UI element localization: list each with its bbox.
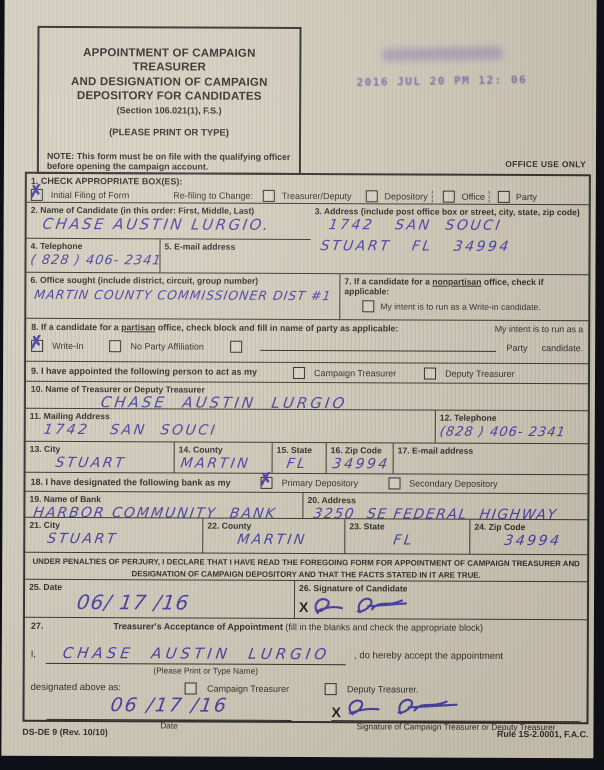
handwritten-office-sought: MARTIN COUNTY COMMISSIONER DIST #1 <box>33 289 332 303</box>
field-25-date: 25. Date 06/ 17 /16 <box>25 580 294 618</box>
office-use-only-label: OFFICE USE ONLY <box>505 159 586 169</box>
form-body: 1. CHECK APPROPRIATE BOX(ES): ✗ Initial … <box>22 172 590 724</box>
stamp-datetime: 2016 JUL 20 PM 12: 06 <box>356 73 527 89</box>
checkbox-initial-filing: ✗ <box>31 189 43 201</box>
field-1-check-boxes: 1. CHECK APPROPRIATE BOX(ES): ✗ Initial … <box>27 174 589 204</box>
field-11-mailing-address: 11. Mailing Address 1742 SAN SOUCI <box>26 409 435 443</box>
field-4-telephone: 4. Telephone ( 828 ) 406- 2341 <box>26 239 159 273</box>
field-13-city: 13. City STUART <box>26 442 174 473</box>
handwritten-county: MARTIN <box>180 457 252 471</box>
handwritten-bank-state: FL <box>392 534 415 548</box>
designated-label: designated above as: <box>31 682 121 693</box>
nonpartisan-writein-label: My intent is to run as a Write-in candid… <box>380 301 540 312</box>
party-word-label: Party <box>507 342 528 352</box>
accept-dt-label: Deputy Treasurer. <box>347 684 419 694</box>
fields-6-7: 6. Office sought (include district, circ… <box>26 272 588 320</box>
field-3-address: 3. Address (include post office box or s… <box>310 204 588 274</box>
field-10-treasurer-name: 10. Name of Treasurer or Deputy Treasure… <box>26 381 588 410</box>
statute-reference: (Section 106.021(1), F.S.) <box>47 104 291 115</box>
field-6-office-sought: 6. Office sought (include district, circ… <box>26 273 339 319</box>
signature-x-mark: X <box>299 599 308 615</box>
field-12-telephone: 12. Telephone (828 ) 406- 2341 <box>435 411 588 444</box>
filing-note: NOTE: This form must be on file with the… <box>47 150 291 173</box>
received-date-stamp: 2016 JUL 20 PM 12: 06 <box>356 46 527 89</box>
handwritten-state: FL <box>286 457 309 471</box>
fields-11-12: 11. Mailing Address 1742 SAN SOUCI 12. T… <box>26 408 588 443</box>
handwritten-acceptance-date: 06 /17 /16 <box>109 696 229 716</box>
form-footer: DS-DE 9 (Rev. 10/10) Rule 1S-2.0001, F.A… <box>22 727 588 739</box>
handwritten-telephone-2: (828 ) 406- 2341 <box>439 426 567 440</box>
field-17-email: 17. E-mail address <box>393 443 588 474</box>
acceptance-name-blank: CHASE AUSTIN LURGIO <box>46 645 346 665</box>
field-9-appointed: 9. I have appointed the following person… <box>26 361 588 383</box>
field-16-zip: 16. Zip Code 34994 <box>326 443 393 473</box>
npa-label: No Party Affiliation <box>130 341 203 351</box>
writein-label: Write-In <box>52 340 83 350</box>
handwritten-bank-city: STUART <box>46 532 119 546</box>
handwritten-bank-county: MARTIN <box>236 533 308 547</box>
fields-2-to-5: 2. Name of Candidate (in this order: Fir… <box>26 202 588 274</box>
field-8-partisan: 8. If a candidate for a partisan office,… <box>26 318 588 363</box>
handwritten-telephone: ( 828 ) 406- 2341 <box>30 254 163 268</box>
checkbox-refile-party <box>498 191 510 203</box>
field-2-candidate-name: 2. Name of Candidate (in this order: Fir… <box>27 203 311 240</box>
office-label: Office <box>462 192 485 202</box>
intent-run-as-label: My intent is to run as a <box>495 324 584 334</box>
print-or-type-note: (PLEASE PRINT OR TYPE) <box>47 126 291 138</box>
treasurer-deputy-label: Treasurer/Deputy <box>282 191 352 201</box>
photographed-document: APPOINTMENT OF CAMPAIGN TREASURER AND DE… <box>0 0 604 770</box>
treasurer-signature-x-mark: X <box>331 704 340 720</box>
depository-label: Depository <box>385 191 428 201</box>
checkbox-refile-office <box>443 190 455 202</box>
checkbox-party-name <box>230 340 242 352</box>
field-23-bank-state: 23. State FL <box>344 519 469 554</box>
fields-19-20: 19. Name of Bank HARBOR COMMUNITY BANK 2… <box>25 491 587 519</box>
initial-filing-label: Initial Filing of Form <box>51 190 130 200</box>
checkbox-secondary-depository <box>388 477 400 489</box>
treasurer-signature <box>341 696 501 721</box>
secondary-depository-label: Secondary Depository <box>409 478 498 488</box>
handwritten-candidate-name: CHASE AUSTIN LURGIO. <box>42 217 272 233</box>
primary-depository-label: Primary Depository <box>282 478 359 488</box>
field-27-acceptance: 27. Treasurer's Acceptance of Appointmen… <box>24 617 586 726</box>
scanned-form-page: APPOINTMENT OF CAMPAIGN TREASURER AND DE… <box>1 0 596 758</box>
field-14-county: 14. County MARTIN <box>174 442 272 472</box>
perjury-statement: UNDER PENALTIES OF PERJURY, I DECLARE TH… <box>25 552 587 581</box>
field-20-bank-address: 20. Address 3250 SE FEDERAL HIGHWAY <box>302 493 587 519</box>
deputy-treasurer-label: Deputy Treasurer <box>445 368 515 378</box>
checkbox-no-party-affiliation <box>109 340 121 352</box>
checkbox-deputy-treasurer <box>424 367 436 379</box>
form-title: APPOINTMENT OF CAMPAIGN TREASURER AND DE… <box>47 46 291 105</box>
field-21-bank-city: 21. City STUART <box>25 518 202 553</box>
form-number: DS-DE 9 (Rev. 10/10) <box>22 727 107 737</box>
handwritten-address-line1: 1742 SAN SOUCI <box>328 218 503 233</box>
handwritten-city: STUART <box>55 456 128 470</box>
checkbox-campaign-treasurer <box>293 366 305 378</box>
field-15-state: 15. State FL <box>272 443 326 473</box>
handwritten-address-line2: STUART FL 34994 <box>320 239 512 254</box>
party-name-blank <box>260 340 497 351</box>
i-label: I, <box>31 649 36 660</box>
fields-21-24: 21. City STUART 22. County MARTIN 23. St… <box>25 517 587 554</box>
checkbox-refile-treasurer-deputy <box>263 190 275 202</box>
checkbox-nonpartisan-writein <box>362 300 374 312</box>
field-24-bank-zip: 24. Zip Code 34994 <box>469 520 587 555</box>
field-19-bank-name: 19. Name of Bank HARBOR COMMUNITY BANK <box>25 492 302 518</box>
form-title-box: APPOINTMENT OF CAMPAIGN TREASURER AND DE… <box>37 26 302 175</box>
accept-ct-label: Campaign Treasurer <box>207 683 289 693</box>
handwritten-acceptance-name: CHASE AUSTIN LURGIO <box>61 646 330 662</box>
stamp-smudge <box>382 47 502 62</box>
checkbox-refile-depository <box>366 190 378 202</box>
campaign-treasurer-label: Campaign Treasurer <box>314 368 396 378</box>
field-22-bank-county: 22. County MARTIN <box>202 519 344 554</box>
handwritten-date: 06/ 17 /16 <box>76 592 191 612</box>
candidate-signature <box>308 594 418 620</box>
checkbox-writein: ✗ <box>31 339 43 351</box>
field-26-signature: 26. Signature of Candidate X <box>294 581 587 619</box>
checkbox-primary-depository: ✗ <box>261 477 273 489</box>
candidate-word-label: candidate. <box>542 343 584 353</box>
rule-reference: Rule 1S-2.0001, F.A.C. <box>497 729 588 739</box>
handwritten-zip: 34994 <box>332 457 391 471</box>
accept-appointment-label: , do hereby accept the appointment <box>354 650 503 662</box>
field-7-nonpartisan: 7. If a candidate for a nonpartisan offi… <box>339 274 588 320</box>
party-label: Party <box>516 192 537 202</box>
checkbox-accept-campaign-treasurer <box>185 682 197 694</box>
refiling-label: Re-filing to Change: <box>173 190 253 200</box>
field-5-email: 5. E-mail address <box>159 239 310 273</box>
checkbox-accept-deputy-treasurer <box>325 683 337 695</box>
handwritten-mailing-address: 1742 SAN SOUCI <box>43 423 218 438</box>
handwritten-bank-zip: 34994 <box>503 534 562 548</box>
field-18-bank-designation: 18. I have designated the following bank… <box>25 472 587 493</box>
fields-13-17: 13. City STUART 14. County MARTIN 15. St… <box>26 441 588 474</box>
fields-25-26: 25. Date 06/ 17 /16 26. Signature of Can… <box>25 579 587 619</box>
print-hint-label: (Please Print or Type Name) <box>91 665 321 676</box>
